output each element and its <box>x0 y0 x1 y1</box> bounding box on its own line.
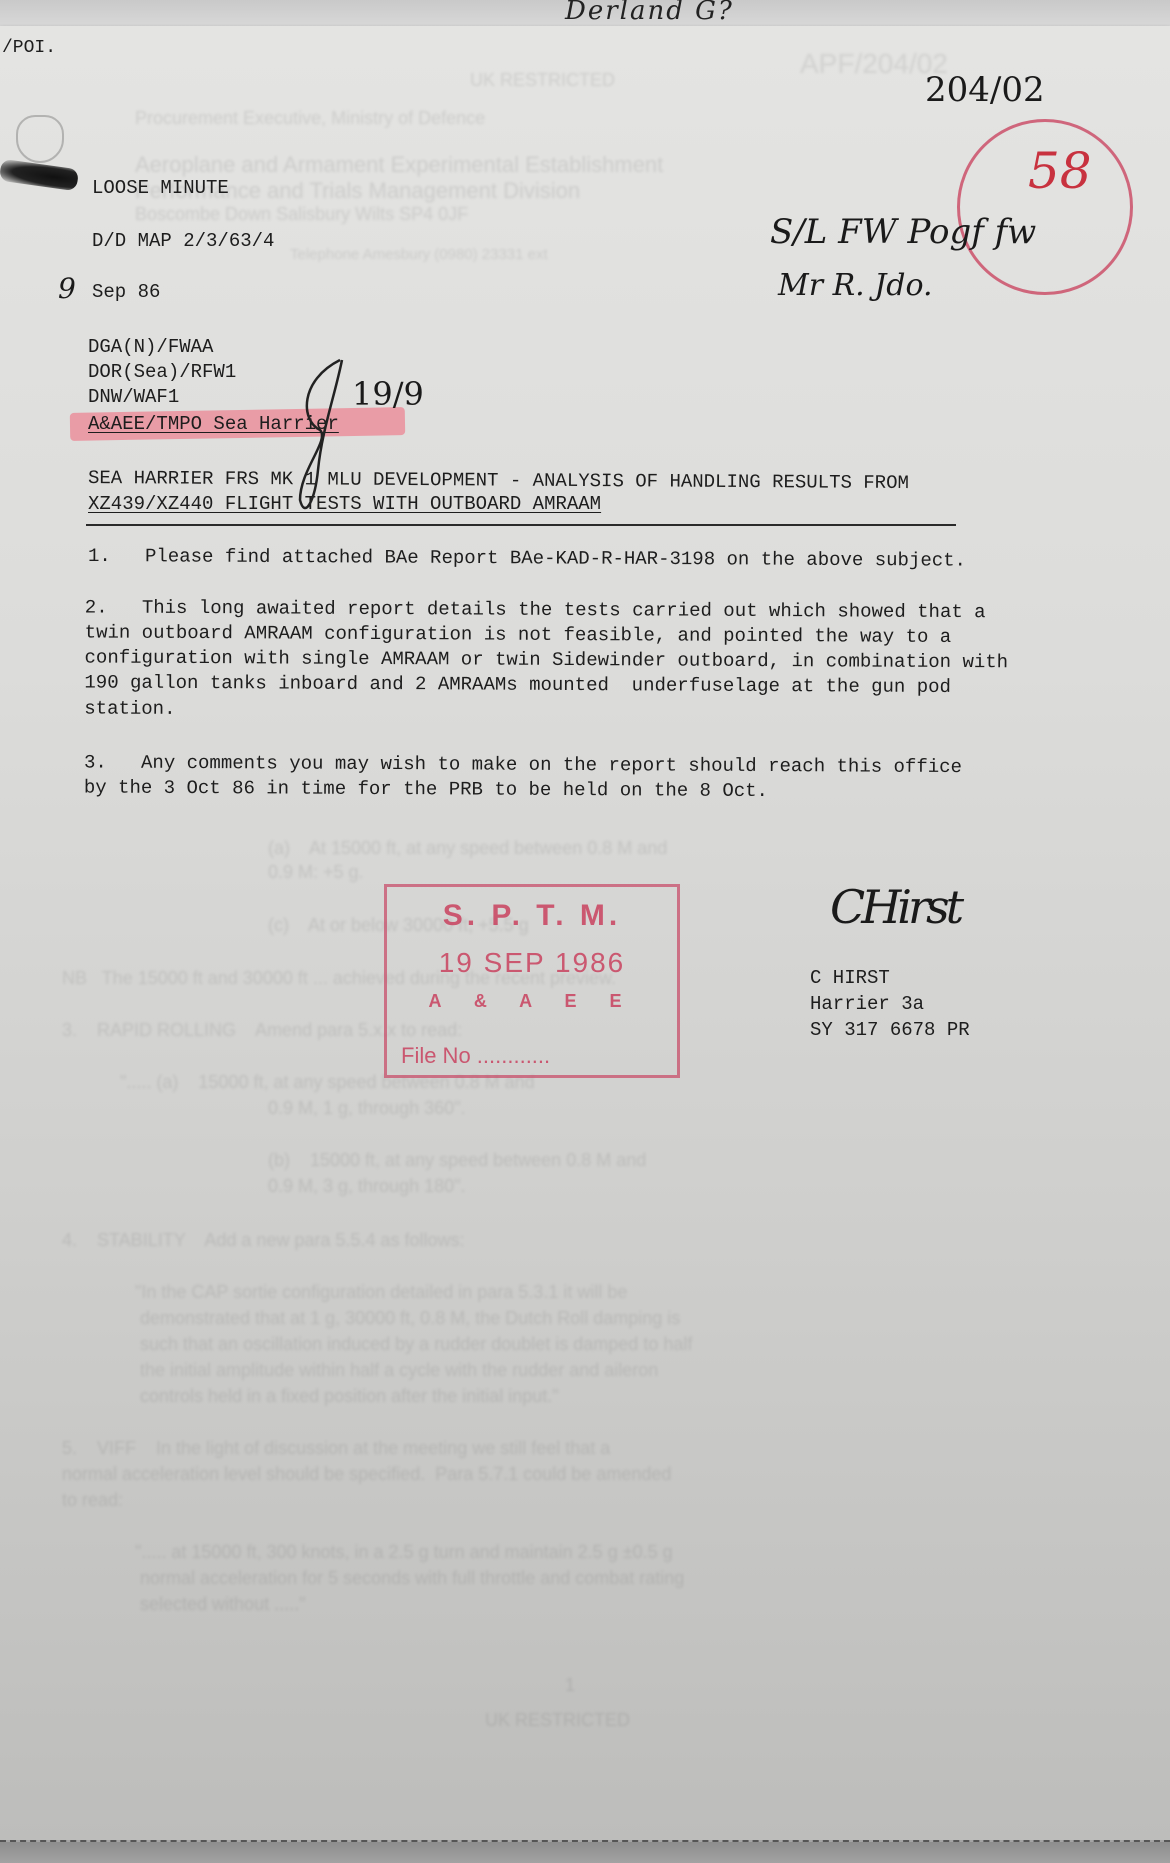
ghost-line: 4. STABILITY Add a new para 5.5.4 as fol… <box>62 1230 465 1251</box>
ghost-line: selected without ....." <box>140 1594 305 1615</box>
ghost-line: (a) At 15000 ft, at any speed between 0.… <box>268 838 667 859</box>
ghost-line: normal acceleration for 5 seconds with f… <box>140 1568 684 1589</box>
ghost-line: such that an oscillation induced by a ru… <box>140 1334 692 1355</box>
distribution-item: DNW/WAF1 <box>88 386 179 408</box>
paragraph-number: 1. <box>88 545 111 567</box>
signatory-post: Harrier 3a <box>810 993 924 1015</box>
ghost-line: demonstrated that at 1 g, 30000 ft, 0.8 … <box>140 1308 680 1329</box>
stamp-office: S. P. T. M. <box>387 899 677 933</box>
ghost-letterhead-2: Aeroplane and Armament Experimental Esta… <box>135 152 663 178</box>
top-handwriting: Derland G? <box>565 0 734 26</box>
subject-line-2: XZ439/XZ440 FLIGHT TESTS WITH OUTBOARD A… <box>88 493 601 515</box>
received-stamp: S. P. T. M. 19 SEP 1986 A & A E E File N… <box>384 884 680 1078</box>
ghost-letterhead-4: Boscombe Down Salisbury Wilts SP4 0JF <box>135 204 468 225</box>
folio-number: 58 <box>1028 142 1092 200</box>
ghost-line: "..... at 15000 ft, 300 knots, in a 2.5 … <box>135 1542 673 1563</box>
ghost-line: controls held in a fixed position after … <box>140 1386 559 1407</box>
date-day-handwritten: 9 <box>58 272 76 305</box>
ghost-line: the initial amplitude within half a cycl… <box>140 1360 658 1381</box>
ghost-line: 0.9 M, 3 g, through 180". <box>268 1176 466 1197</box>
paragraph-text: by the 3 Oct 86 in time for the PRB to b… <box>84 776 768 802</box>
paragraph-number: 3. <box>84 751 107 773</box>
ghost-page-number: 1 <box>565 1675 575 1696</box>
distribution-item: DOR(Sea)/RFW1 <box>88 361 236 383</box>
ghost-letterhead-1: Procurement Executive, Ministry of Defen… <box>135 108 485 129</box>
doc-type: LOOSE MINUTE <box>92 177 229 199</box>
distribution-item-highlighted: A&AEE/TMPO Sea Harrier <box>88 413 339 435</box>
paragraph-text: 190 gallon tanks inboard and 2 AMRAAMs m… <box>84 671 951 698</box>
routing-note-line-2: Mr R. Jdo. <box>778 268 933 303</box>
ghost-letterhead-5: Telephone Amesbury (0980) 23331 ext <box>290 246 548 263</box>
stamp-establishment: A & A E E <box>387 991 677 1012</box>
paragraph-number: 2. <box>85 596 108 618</box>
crest-icon <box>16 115 64 163</box>
initial-date: 19/9 <box>352 375 424 413</box>
paragraph-text: Please find attached BAe Report BAe-KAD-… <box>145 545 966 571</box>
routing-note-line-1: S/L FW Pogf fw <box>770 212 1036 252</box>
margin-note: /POI. <box>2 38 56 58</box>
paragraph-1: 1. Please find attached BAe Report BAe-K… <box>88 545 966 572</box>
ghost-line: to read: <box>62 1490 123 1511</box>
file-ref-handwritten: 204/02 <box>925 70 1045 110</box>
ghost-classification: UK RESTRICTED <box>485 1710 630 1731</box>
ghost-line: "In the CAP sortie configuration detaile… <box>135 1282 627 1303</box>
signatory-phone: SY 317 6678 PR <box>810 1019 970 1041</box>
date: Sep 86 <box>92 281 160 303</box>
paragraph-text: This long awaited report details the tes… <box>142 597 986 623</box>
underlying-page-edge-bottom <box>0 1840 1170 1863</box>
ghost-line: 5. VIFF In the light of discussion at th… <box>62 1438 610 1459</box>
ghost-line: normal acceleration level should be spec… <box>62 1464 671 1485</box>
reference-number: D/D MAP 2/3/63/4 <box>92 230 274 252</box>
stamp-date: 19 SEP 1986 <box>387 947 677 979</box>
stamp-file-no: File No ............ <box>401 1043 550 1069</box>
ghost-line: 0.9 M, 1 g, through 360". <box>268 1098 466 1119</box>
distribution-item: DGA(N)/FWAA <box>88 336 213 358</box>
subject-rule <box>86 524 956 526</box>
signature: CHirst <box>830 880 960 934</box>
paragraph-text: Any comments you may wish to make on the… <box>141 752 962 778</box>
paragraph-text: station. <box>84 697 175 719</box>
ghost-line: 0.9 M: +5 g. <box>268 862 364 883</box>
signatory-name: C HIRST <box>810 967 890 989</box>
paragraph-text: twin outboard AMRAAM configuration is no… <box>85 621 952 648</box>
ghost-classification-top: UK RESTRICTED <box>470 70 615 91</box>
ghost-line: (b) 15000 ft, at any speed between 0.8 M… <box>268 1150 646 1171</box>
